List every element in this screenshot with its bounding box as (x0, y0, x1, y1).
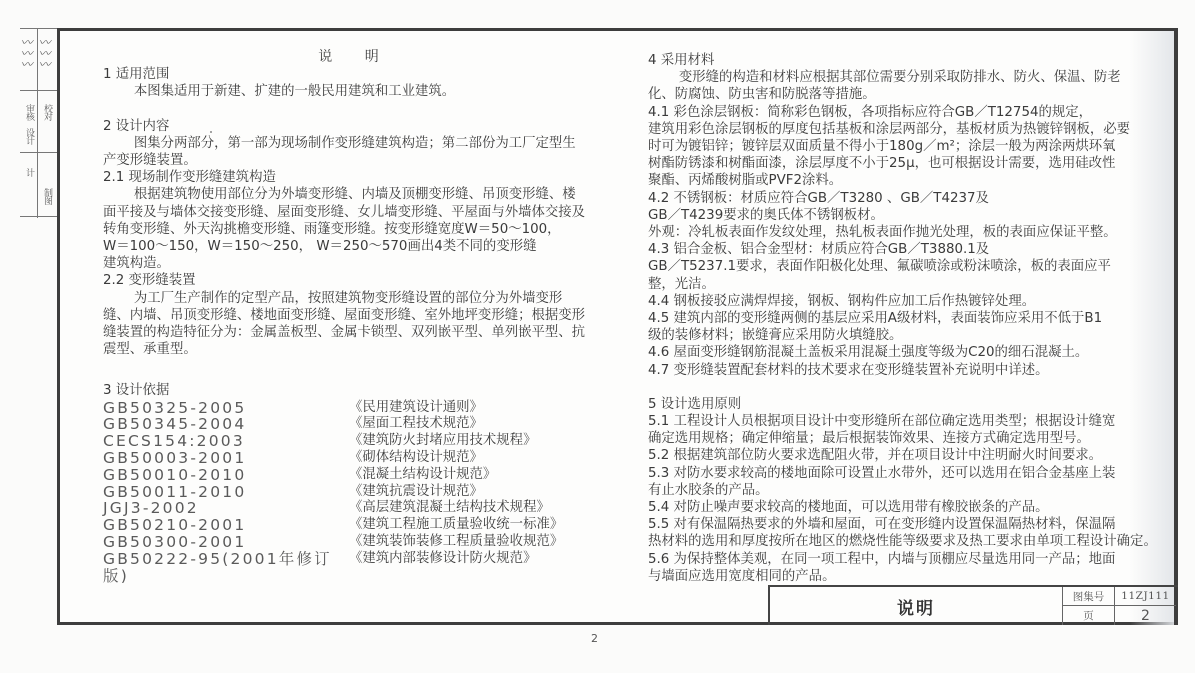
paragraph-line: 化、防腐蚀、防虫害和防脱落等措施。 (648, 86, 1158, 103)
strip-rule (20, 216, 57, 217)
subsection-heading-2-1: 2.1 现场制作变形缝建筑构造 (103, 169, 608, 186)
item-4-7-line: 4.7 变形缝装置配套材料的技术要求在变形缝装置补充说明中详述。 (648, 362, 1158, 379)
paragraph-line: 根据建筑物使用部位分为外墙变形缝、内墙及顶棚变形缝、吊顶变形缝、楼 (103, 186, 608, 203)
standard-code: GB50222-95(2001年修订版) (103, 551, 349, 568)
item-4-2-line: GB／T4239要求的奥氏体不锈钢板材。 (648, 207, 1158, 224)
standard-code: GB50345-2004 (103, 416, 349, 433)
strip-rule (20, 90, 57, 91)
section-body-1: 本图集适用于新建、扩建的一般民用建筑和工业建筑。 (103, 83, 608, 100)
item-4-2-line: 外观：冷轧板表面作发纹处理，热轧板表面作抛光处理，板的表面应保证平整。 (648, 224, 1158, 241)
strip-label: 校对 (42, 104, 51, 120)
standard-name: 《建筑防火封堵应用技术规程》 (349, 433, 536, 450)
item-4-6-line: 4.6 屋面变形缝钢筋混凝土盖板采用混凝土强度等级为C20的细石混凝土。 (648, 344, 1158, 361)
standard-name: 《建筑工程施工质量验收统一标准》 (349, 517, 563, 534)
set-number-value: 11ZJ111 (1114, 587, 1176, 606)
strip-label: 审核 (24, 104, 33, 120)
title-block: 说明 图集号 11ZJ111 页 2 (768, 585, 1178, 625)
standard-code: GB50300-2001 (103, 534, 349, 551)
paragraph-line: W＝100～150，W＝150～250， W＝250～570画出4类不同的变形缝 (103, 238, 608, 255)
standard-code: GB50325-2005 (103, 400, 349, 417)
item-5-6-line: 5.6 为保持整体美观，在同一项工程中，内墙与顶棚应尽量选用同一产品；地面 (648, 551, 1158, 568)
left-column: 说 明 1 适用范围 本图集适用于新建、扩建的一般民用建筑和工业建筑。 2 设计… (103, 49, 608, 568)
paragraph-line: 变形缝的构造和材料应根据其部位需要分别采取防排水、防火、保温、防老 (648, 69, 1158, 86)
item-4-1-line: 树酯防锈漆和树酯面漆，涂层厚度不小于25μ，也可根据设计需要，选用硅改性 (648, 155, 1158, 172)
strip-rule (20, 28, 57, 29)
page-value: 2 (1114, 606, 1176, 625)
standard-name: 《建筑内部装修设计防火规范》 (349, 551, 536, 568)
item-4-1-line: 4.1 彩色涂层钢板：简称彩色钢板，各项指标应符合GB／T12754的规定， (648, 104, 1158, 121)
standard-code: GB50210-2001 (103, 517, 349, 534)
standard-name: 《砌体结构设计规范》 (349, 450, 483, 467)
right-column: 4 采用材料 变形缝的构造和材料应根据其部位需要分别采取防排水、防火、保温、防老… (648, 52, 1158, 585)
item-5-3-line: 有止水胶条的产品。 (648, 482, 1158, 499)
standards-list: GB50325-2005《民用建筑设计通则》 GB50345-2004《屋面工程… (103, 400, 608, 568)
signature-1: 〰〰〰 (21, 36, 30, 86)
item-4-5-line: 4.5 建筑内部的变形缝两侧的基层应采用A级材料，表面装饰应采用不低于B1 (648, 310, 1158, 327)
standard-code: GB50010-2010 (103, 467, 349, 484)
item-4-3-line: 整，光洁。 (648, 276, 1158, 293)
standard-name: 《建筑抗震设计规范》 (349, 484, 483, 501)
standard-row: GB50325-2005《民用建筑设计通则》 (103, 400, 608, 417)
paragraph-line: 图集分两部分，第一部为现场制作变形缝建筑构造；第二部份为工厂定型生 (103, 135, 608, 152)
page-label: 页 (1062, 606, 1114, 625)
signature-2: 〰〰〰 (39, 36, 48, 86)
standard-row: GB50003-2001《砌体结构设计规范》 (103, 450, 608, 467)
section-heading-1: 1 适用范围 (103, 66, 608, 83)
standard-row: GB50010-2010《混凝土结构设计规范》 (103, 467, 608, 484)
standard-row: GB50300-2001《建筑装饰装修工程质量验收规范》 (103, 534, 608, 551)
standard-code: GB50011-2010 (103, 484, 349, 501)
item-4-5-line: 级的装修材料；嵌缝膏应采用防火填缝胶。 (648, 327, 1158, 344)
standard-row: CECS154:2003《建筑防火封堵应用技术规程》 (103, 433, 608, 450)
paragraph-line: 震型、承重型。 (103, 341, 608, 358)
standard-name: 《屋面工程技术规范》 (349, 416, 483, 433)
section-heading-5: 5 设计选用原则 (648, 396, 1158, 413)
standard-row: JGJ3-2002《高层建筑混凝土结构技术规程》 (103, 500, 608, 517)
paragraph-line: 为工厂生产制作的定型产品，按照建筑物变形缝设置的部位分为外墙变形 (103, 290, 608, 307)
item-4-1-line: 建筑用彩色涂层钢板的厚度包括基板和涂层两部分，基板材质为热镀锌钢板，必要 (648, 121, 1158, 138)
standard-row: GB50345-2004《屋面工程技术规范》 (103, 416, 608, 433)
item-5-3-line: 5.3 对防水要求较高的楼地面除可设置止水带外，还可以选用在铝合金基座上装 (648, 465, 1158, 482)
item-5-4-line: 5.4 对防止噪声要求较高的楼地面，可以选用带有橡胶嵌条的产品。 (648, 499, 1158, 516)
item-4-4-line: 4.4 钢板接驳应满焊焊接，钢板、钢构件应加工后作热镀锌处理。 (648, 293, 1158, 310)
item-4-1-line: 聚酯、丙烯酸树脂或PVF2涂料。 (648, 172, 1158, 189)
subsection-heading-2-2: 2.2 变形缝装置 (103, 272, 608, 289)
standard-code: GB50003-2001 (103, 450, 349, 467)
standard-name: 《建筑装饰装修工程质量验收规范》 (349, 534, 563, 551)
item-4-3-line: GB／T5237.1要求，表面作阳极化处理、氟碳喷涂或粉沫喷涂，板的表面应平 (648, 258, 1158, 275)
margin-title-strip: 〰〰〰 〰〰〰 审核 校对 设计 计 制图 (20, 28, 57, 218)
strip-rule (20, 152, 57, 153)
paragraph-line: 缝装置的构造特征分为：金属盖板型、金属卡锁型、双列嵌平型、单列嵌平型、抗 (103, 324, 608, 341)
item-5-5-line: 5.5 对有保温隔热要求的外墙和屋面，可在变形缝内设置保温隔热材料，保温隔 (648, 516, 1158, 533)
item-5-1-line: 5.1 工程设计人员根据项目设计中变形缝所在部位确定选用类型；根据设计缝宽 (648, 413, 1158, 430)
standard-name: 《民用建筑设计通则》 (349, 400, 483, 417)
section-heading-3: 3 设计依据 (103, 382, 608, 399)
paragraph-line: 转角变形缝、外天沟挑檐变形缝、雨篷变形缝。按变形缝宽度W＝50～100， (103, 221, 608, 238)
paragraph-line: 产变形缝装置。 (103, 152, 608, 169)
page-number-footer: 2 (591, 632, 598, 645)
strip-label: 制图 (42, 188, 51, 204)
paragraph-line: 缝、内墙、吊顶变形缝、楼地面变形缝、屋面变形缝、室外地坪变形缝；根据变形 (103, 307, 608, 324)
standard-row: GB50222-95(2001年修订版)《建筑内部装修设计防火规范》 (103, 551, 608, 568)
title-block-title: 说明 (770, 587, 1062, 625)
scan-speck (210, 131, 212, 133)
standard-name: 《混凝土结构设计规范》 (349, 467, 496, 484)
item-4-3-line: 4.3 铝合金板、铝合金型材：材质应符合GB／T3880.1及 (648, 241, 1158, 258)
item-5-6-line: 与墙面应选用宽度相同的产品。 (648, 568, 1158, 585)
standard-code: CECS154:2003 (103, 433, 349, 450)
item-4-1-line: 时可为镀铝锌；镀锌层双面质量不得小于180g／m²；涂层一般为两涂两烘环氧 (648, 138, 1158, 155)
section-heading-4: 4 采用材料 (648, 52, 1158, 69)
item-4-2-line: 4.2 不锈钢板：材质应符合GB／T3280 、GB／T4237及 (648, 190, 1158, 207)
standard-row: GB50011-2010《建筑抗震设计规范》 (103, 484, 608, 501)
standard-code: JGJ3-2002 (103, 500, 349, 517)
set-number-label: 图集号 (1062, 587, 1114, 606)
item-5-5-line: 热材料的选用和厚度按所在地区的燃烧性能等级要求及热工要求由单项工程设计确定。 (648, 533, 1158, 550)
standard-row: GB50210-2001《建筑工程施工质量验收统一标准》 (103, 517, 608, 534)
page-title: 说 明 (103, 49, 608, 66)
standard-name: 《高层建筑混凝土结构技术规程》 (349, 500, 550, 517)
strip-label: 计 (24, 168, 33, 176)
item-5-1-line: 确定选用规格；确定伸缩量；最后根据装饰效果、连接方式确定选用型号。 (648, 430, 1158, 447)
item-5-2-line: 5.2 根据建筑部位防火要求选配阻火带，并在项目设计中注明耐火时间要求。 (648, 447, 1158, 464)
paragraph-line: 面平接及与墙体交接变形缝、屋面变形缝、女儿墙变形缝、平屋面与外墙体交接及 (103, 204, 608, 221)
section-heading-2: 2 设计内容 (103, 118, 608, 135)
strip-label: 设计 (24, 128, 33, 144)
paragraph-line: 建筑构造。 (103, 255, 608, 272)
